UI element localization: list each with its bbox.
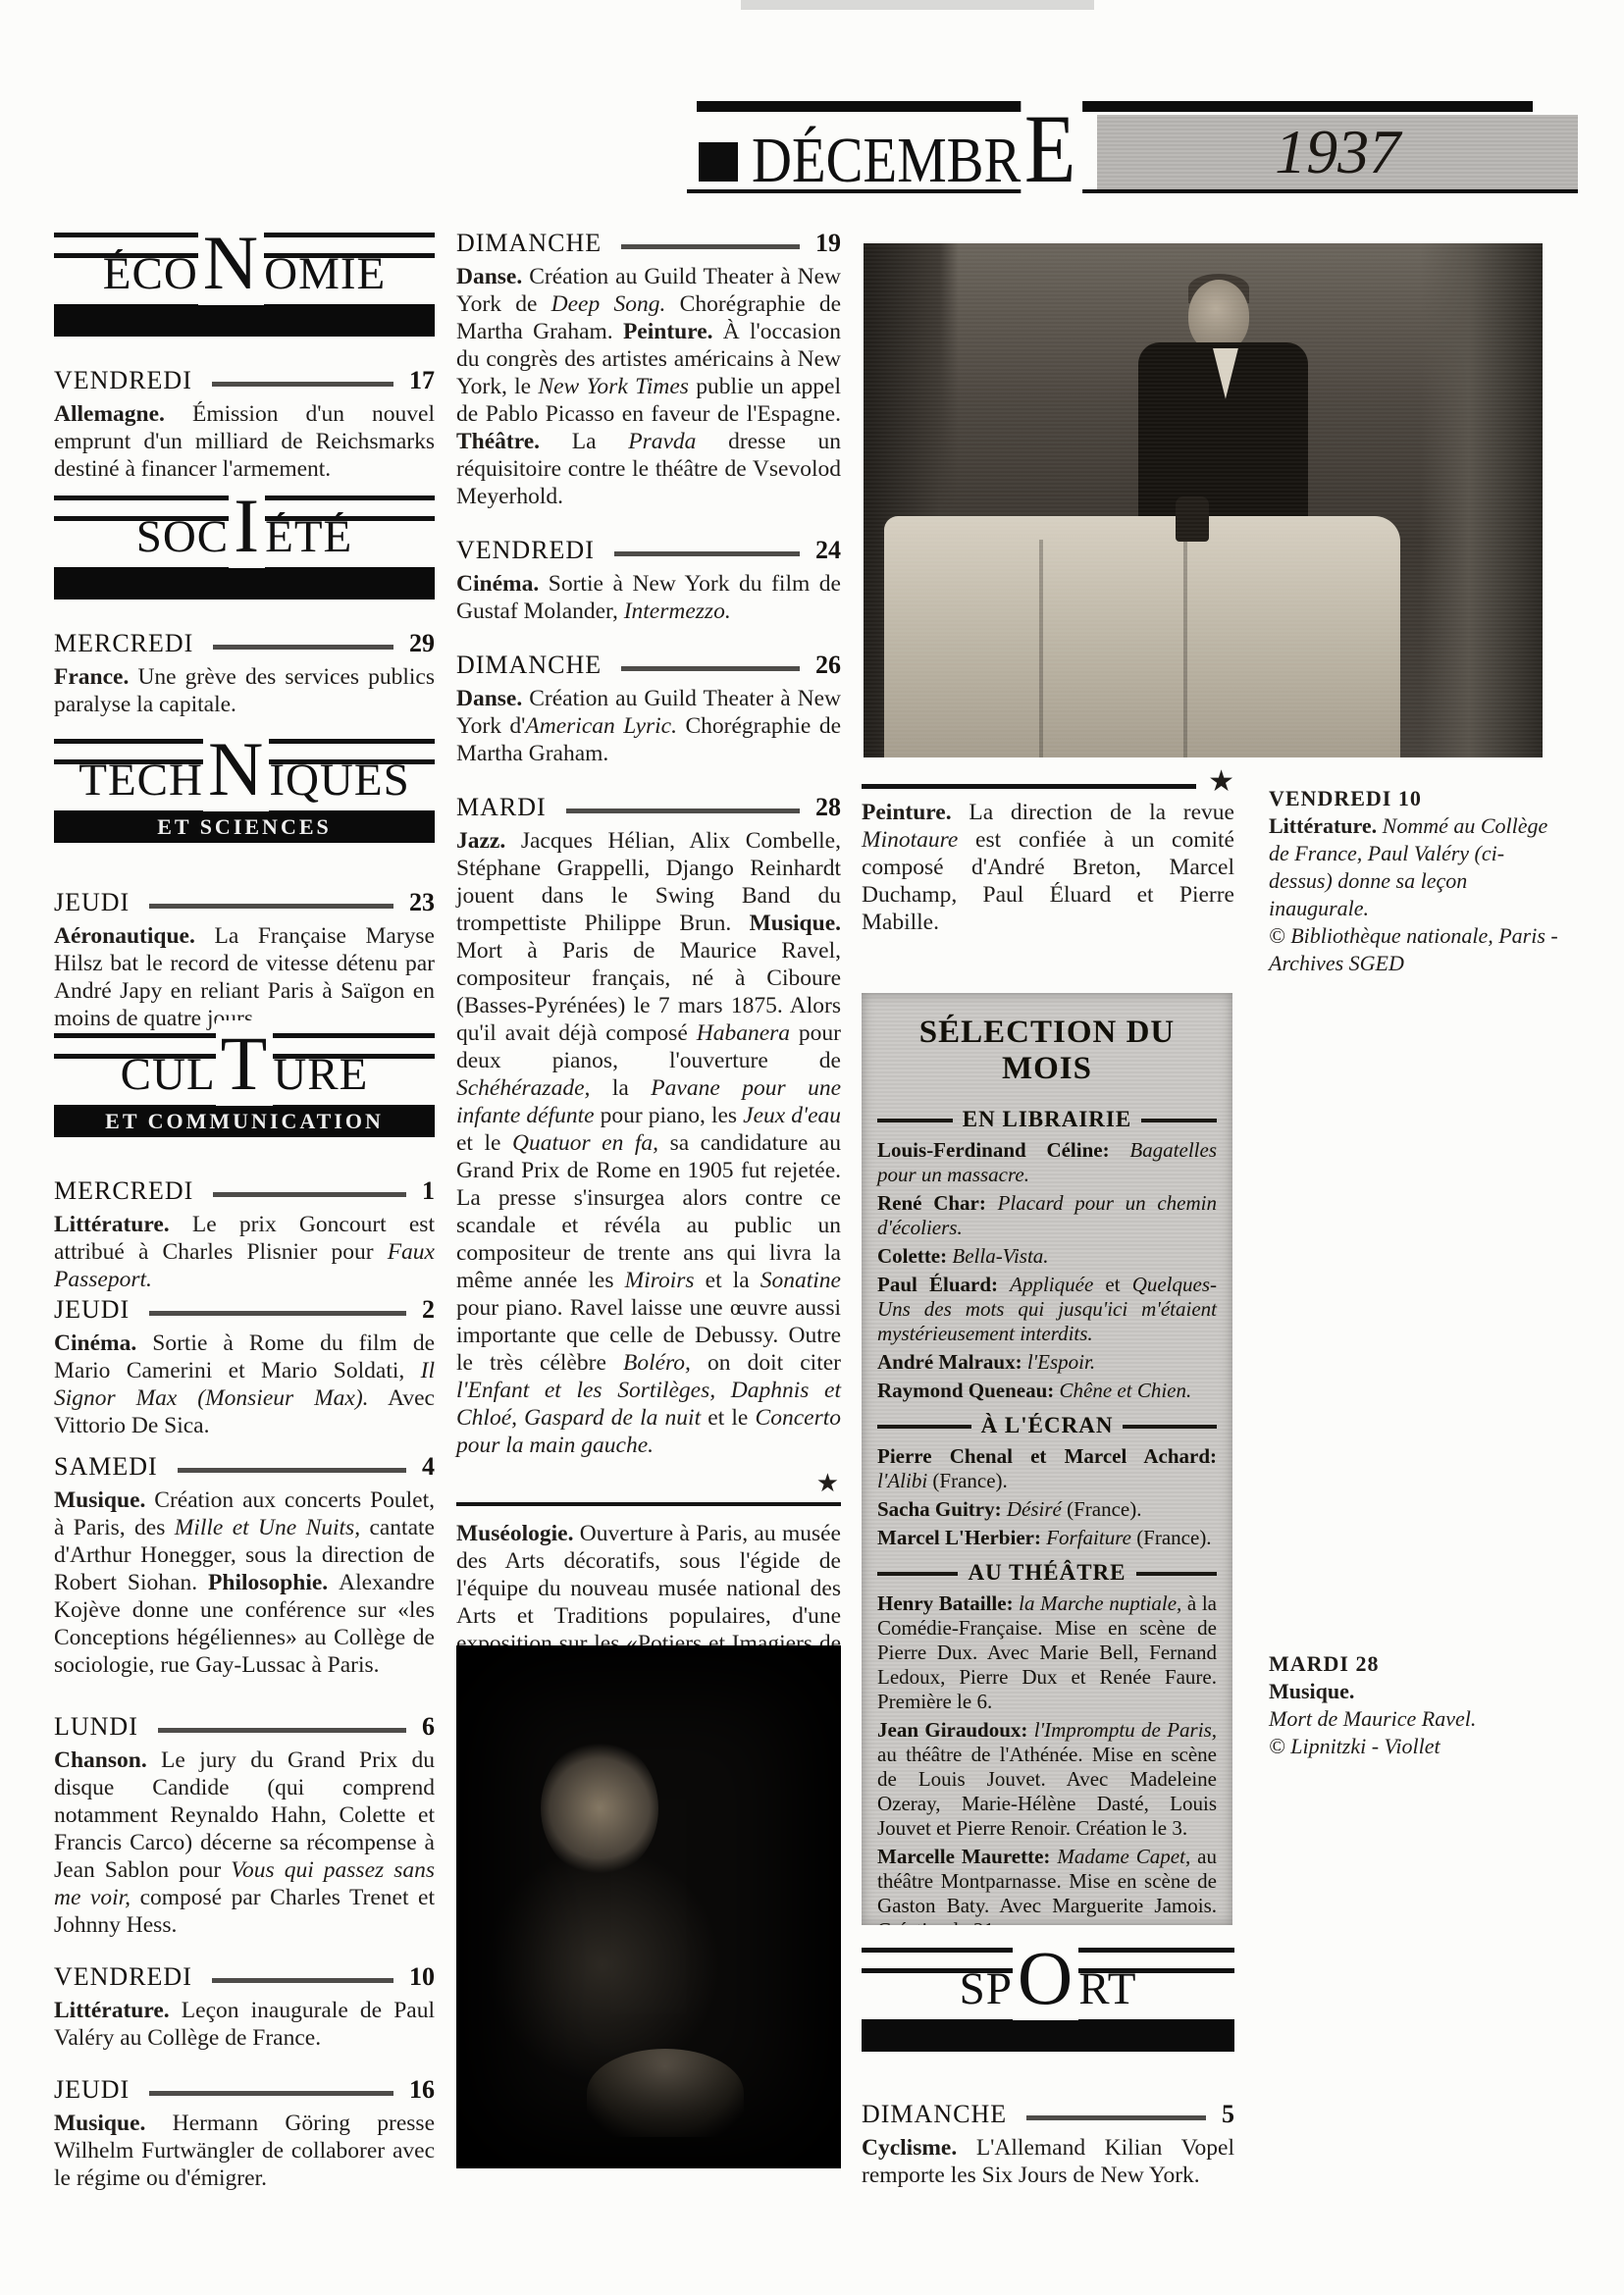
list-item: Raymond Queneau: Chêne et Chien. <box>877 1379 1217 1403</box>
entry-rule <box>149 904 393 909</box>
section-header-techniques: TECHNIQUES ET SCIENCES <box>54 739 435 843</box>
section-header-economie: ÉCONOMIE <box>54 233 435 337</box>
entry-body: Musique. Hermann Göring presse Wilhelm F… <box>54 2110 435 2192</box>
entry-body: Cyclisme. L'Allemand Kilian Vopel rempor… <box>862 2134 1234 2189</box>
entry-day: MERCREDI <box>54 629 193 658</box>
entry-day: MARDI <box>456 793 547 822</box>
magazine-page: DÉCEMBRE 1937 ÉCONOMIE VENDREDI17 Allema… <box>0 0 1624 2295</box>
entry-samedi-4: SAMEDI4 Musique. Création aux concerts P… <box>54 1452 435 1679</box>
entry-date-number: 6 <box>422 1712 435 1742</box>
caption-category: Musique. <box>1269 1678 1563 1705</box>
entry-day: SAMEDI <box>54 1452 158 1482</box>
section-bar <box>862 2019 1234 2052</box>
entry-body: Aéronautique. La Française Maryse Hilsz … <box>54 922 435 1032</box>
entry-rule <box>178 1468 406 1473</box>
section-bar <box>54 567 435 600</box>
section-bar: ET SCIENCES <box>54 810 435 843</box>
entry-day: DIMANCHE <box>456 651 602 680</box>
entry-body: Chanson. Le jury du Grand Prix du disque… <box>54 1747 435 1939</box>
entry-rule <box>566 808 800 813</box>
section-bar: ET COMMUNICATION <box>54 1105 435 1137</box>
entry-rule <box>149 2091 393 2096</box>
entry-rule <box>1026 2115 1206 2120</box>
list-item: Pierre Chenal et Marcel Achard: l'Alibi … <box>877 1444 1217 1493</box>
peinture-body: Peinture. La direction de la revue Minot… <box>862 799 1234 936</box>
entry-day: JEUDI <box>54 888 130 917</box>
entry-mardi-28: MARDI28 Jazz. Jacques Hélian, Alix Combe… <box>456 793 841 1459</box>
entry-body: Musique. Création aux concerts Poulet, à… <box>54 1487 435 1679</box>
entry-body: Littérature. Leçon inaugurale de Paul Va… <box>54 1997 435 2052</box>
caption-text: Littérature. Nommé au Collège de France,… <box>1269 812 1563 922</box>
subsection-theatre: AU THÉÂTRE <box>877 1560 1217 1586</box>
entry-dimanche-26: DIMANCHE26 Danse. Création au Guild Thea… <box>456 651 841 767</box>
entry-mercredi-29: MERCREDI29 France. Une grève des service… <box>54 629 435 718</box>
entry-rule <box>149 1311 406 1316</box>
entry-vendredi-17: VENDREDI17 Allemagne. Émission d'un nouv… <box>54 366 435 483</box>
entry-dimanche-5: DIMANCHE5 Cyclisme. L'Allemand Kilian Vo… <box>862 2100 1234 2189</box>
list-item: Marcel L'Herbier: Forfaiture (France). <box>877 1526 1217 1550</box>
photo-maurice-ravel <box>456 1645 841 2168</box>
entry-rule <box>614 551 800 556</box>
entry-date-number: 10 <box>409 1962 435 1992</box>
month-marker-square-icon <box>699 142 738 182</box>
entry-day: DIMANCHE <box>456 229 602 258</box>
entry-body: Danse. Création au Guild Theater à New Y… <box>456 263 841 510</box>
peinture-block: ★ Peinture. La direction de la revue Min… <box>862 767 1234 936</box>
scan-artifact <box>741 0 1094 10</box>
entry-mercredi-1: MERCREDI1 Littérature. Le prix Goncourt … <box>54 1176 435 1293</box>
section-header-culture: CULTURE ET COMMUNICATION <box>54 1033 435 1137</box>
entry-body: Cinéma. Sortie à Rome du film de Mario C… <box>54 1330 435 1439</box>
list-item: René Char: Placard pour un chemin d'écol… <box>877 1191 1217 1240</box>
selection-du-mois-box: SÉLECTION DU MOIS EN LIBRAIRIE Louis-Fer… <box>862 993 1232 1925</box>
list-item: Henry Bataille: la Marche nuptiale, à la… <box>877 1591 1217 1714</box>
caption-date: MARDI 28 <box>1269 1650 1563 1678</box>
entry-date-number: 24 <box>815 536 841 565</box>
entry-rule <box>213 645 393 650</box>
list-item: Colette: Bella-Vista. <box>877 1244 1217 1269</box>
entry-date-number: 2 <box>422 1295 435 1325</box>
entry-date-number: 16 <box>409 2075 435 2105</box>
list-item: Sacha Guitry: Désiré (France). <box>877 1497 1217 1522</box>
horizontal-rule <box>456 1502 841 1506</box>
entry-date-number: 23 <box>409 888 435 917</box>
entry-date-number: 4 <box>422 1452 435 1482</box>
entry-rule <box>213 1192 406 1197</box>
entry-body: Littérature. Le prix Goncourt est attrib… <box>54 1211 435 1293</box>
selection-title: SÉLECTION DU MOIS <box>877 1015 1217 1087</box>
entry-date-number: 19 <box>815 229 841 258</box>
list-item: Paul Éluard: Appliquée et Quelques-Uns d… <box>877 1273 1217 1346</box>
caption-text: Mort de Maurice Ravel. <box>1269 1705 1563 1733</box>
entry-jeudi-23: JEUDI23 Aéronautique. La Française Marys… <box>54 888 435 1032</box>
horizontal-rule <box>862 784 1196 789</box>
entry-dimanche-19: DIMANCHE19 Danse. Création au Guild Thea… <box>456 229 841 510</box>
caption-date: VENDREDI 10 <box>1269 785 1563 812</box>
entry-date-number: 1 <box>422 1176 435 1206</box>
entry-day: JEUDI <box>54 2075 130 2105</box>
star-icon: ★ <box>456 1471 839 1496</box>
entry-rule <box>621 244 800 249</box>
entry-date-number: 29 <box>409 629 435 658</box>
entry-vendredi-24: VENDREDI24 Cinéma. Sortie à New York du … <box>456 536 841 625</box>
list-item: Jean Giraudoux: l'Impromptu de Paris, au… <box>877 1718 1217 1841</box>
photo-credit: © Bibliothèque nationale, Paris - Archiv… <box>1269 922 1563 977</box>
entry-body: Cinéma. Sortie à New York du film de Gus… <box>456 570 841 625</box>
entry-body: Allemagne. Émission d'un nouvel emprunt … <box>54 400 435 483</box>
subsection-librairie: EN LIBRAIRIE <box>877 1107 1217 1132</box>
subsection-ecran: À L'ÉCRAN <box>877 1413 1217 1438</box>
entry-rule <box>621 666 800 671</box>
entry-day: DIMANCHE <box>862 2100 1007 2129</box>
photo-credit: © Lipnitzki - Viollet <box>1269 1733 1563 1760</box>
entry-date-number: 26 <box>815 651 841 680</box>
entry-date-number: 17 <box>409 366 435 395</box>
section-header-sport: SPORT <box>862 1948 1234 2052</box>
month-title: DÉCEMBRE <box>752 115 1082 193</box>
entry-jeudi-16: JEUDI16 Musique. Hermann Göring presse W… <box>54 2075 435 2192</box>
section-bar <box>54 304 435 337</box>
year-badge: 1937 <box>1097 115 1578 189</box>
entry-date-number: 5 <box>1222 2100 1234 2129</box>
star-icon: ★ <box>1208 767 1234 797</box>
list-item: Louis-Ferdinand Céline: Bagatelles pour … <box>877 1138 1217 1187</box>
entry-day: VENDREDI <box>54 1962 192 1992</box>
entry-day: LUNDI <box>54 1712 138 1742</box>
entry-body: Jazz. Jacques Hélian, Alix Combelle, Sté… <box>456 827 841 1459</box>
list-item: Marcelle Maurette: Madame Capet, au théâ… <box>877 1845 1217 1925</box>
entry-body: Danse. Création au Guild Theater à New Y… <box>456 685 841 767</box>
caption-valery: VENDREDI 10 Littérature. Nommé au Collèg… <box>1269 785 1563 977</box>
entry-date-number: 28 <box>815 793 841 822</box>
entry-day: MERCREDI <box>54 1176 193 1206</box>
caption-ravel: MARDI 28 Musique. Mort de Maurice Ravel.… <box>1269 1650 1563 1760</box>
middle-column: DIMANCHE19 Danse. Création au Guild Thea… <box>456 221 841 2188</box>
entry-day: JEUDI <box>54 1295 130 1325</box>
list-item: André Malraux: l'Espoir. <box>877 1350 1217 1375</box>
month-big-letter: E <box>1021 94 1082 203</box>
entry-rule <box>212 382 393 387</box>
entry-day: VENDREDI <box>456 536 595 565</box>
entry-body: France. Une grève des services publics p… <box>54 663 435 718</box>
entry-day: VENDREDI <box>54 366 192 395</box>
section-header-societe: SOCIÉTÉ <box>54 496 435 600</box>
entry-rule <box>212 1978 393 1983</box>
entry-lundi-6: LUNDI6 Chanson. Le jury du Grand Prix du… <box>54 1712 435 1939</box>
entry-vendredi-10: VENDREDI10 Littérature. Leçon inaugurale… <box>54 1962 435 2052</box>
left-column: ÉCONOMIE VENDREDI17 Allemagne. Émission … <box>54 233 435 2200</box>
entry-jeudi-2: JEUDI2 Cinéma. Sortie à Rome du film de … <box>54 1295 435 1439</box>
photo-paul-valery <box>864 243 1543 757</box>
entry-rule <box>158 1728 406 1733</box>
page-header: DÉCEMBRE 1937 <box>687 93 1578 193</box>
